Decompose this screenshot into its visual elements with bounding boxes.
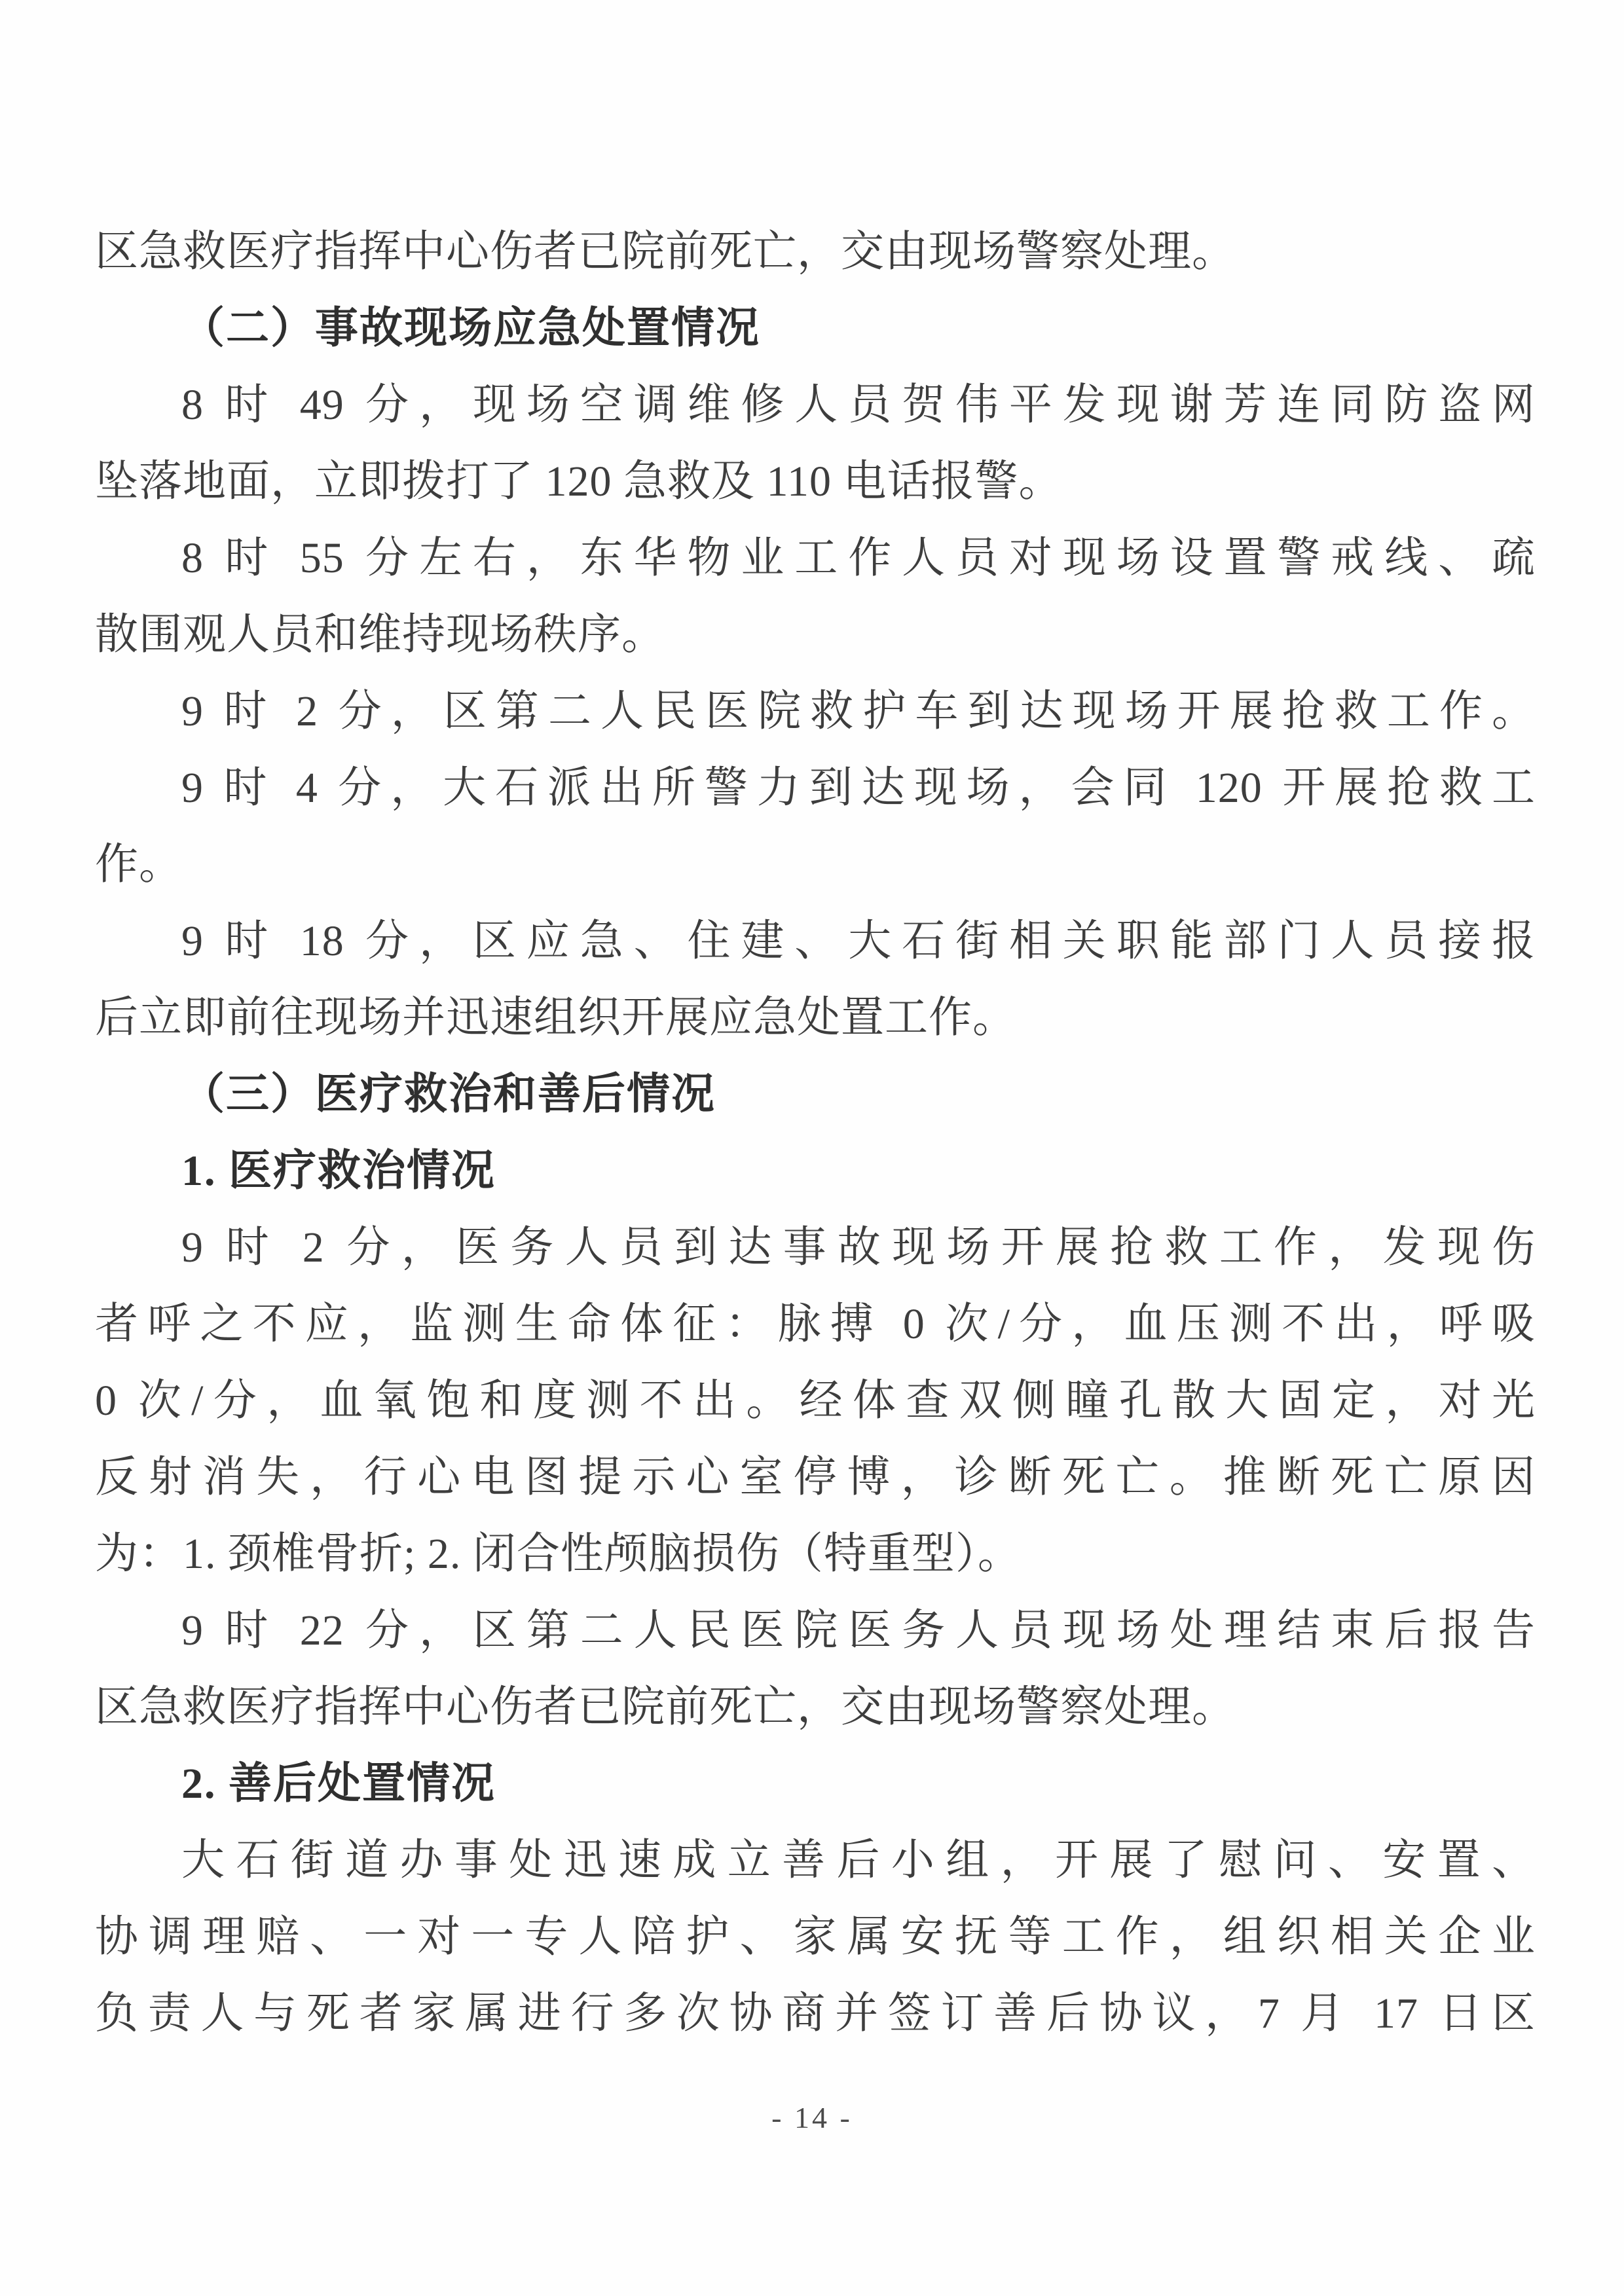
text-line: 9 时 2 分，医务人员到达事故现场开展抢救工作，发现伤 [95,1209,1536,1286]
text-line: 后立即前往现场并迅速组织开展应急处置工作。 [95,979,1536,1056]
text-line: 9 时 22 分，区第二人民医院医务人员现场处理结束后报告 [95,1592,1536,1669]
text-line: 9 时 18 分，区应急、住建、大石街相关职能部门人员接报 [95,903,1536,979]
text-line: 反射消失，行心电图提示心室停博，诊断死亡。推断死亡原因 [95,1439,1536,1516]
text-line: 0 次/分，血氧饱和度测不出。经体查双侧瞳孔散大固定，对光 [95,1362,1536,1439]
document-page: 区急救医疗指挥中心伤者已院前死亡，交由现场警察处理。 （二）事故现场应急处置情况… [0,0,1624,2296]
text-line: 区急救医疗指挥中心伤者已院前死亡，交由现场警察处理。 [95,1669,1536,1745]
section-heading-2: （二）事故现场应急处置情况 [95,290,1536,367]
subsection-heading-2: 2. 善后处置情况 [95,1745,1536,1822]
text-line: 9 时 2 分，区第二人民医院救护车到达现场开展抢救工作。 [95,673,1536,750]
text-line: 协调理赔、一对一专人陪护、家属安抚等工作，组织相关企业 [95,1899,1536,1975]
section-heading-3: （三）医疗救治和善后情况 [95,1056,1536,1133]
page-text-block: 区急救医疗指挥中心伤者已院前死亡，交由现场警察处理。 （二）事故现场应急处置情况… [95,213,1536,2052]
text-line: 区急救医疗指挥中心伤者已院前死亡，交由现场警察处理。 [95,213,1536,290]
text-line: 坠落地面，立即拨打了 120 急救及 110 电话报警。 [95,443,1536,520]
subsection-heading-1: 1. 医疗救治情况 [95,1133,1536,1209]
text-line: 8 时 55 分左右，东华物业工作人员对现场设置警戒线、疏 [95,520,1536,596]
page-number: - 14 - [0,2100,1624,2135]
text-line: 作。 [95,826,1536,903]
text-line: 散围观人员和维持现场秩序。 [95,596,1536,673]
text-line: 9 时 4 分，大石派出所警力到达现场，会同 120 开展抢救工 [95,750,1536,826]
text-line: 8 时 49 分，现场空调维修人员贺伟平发现谢芳连同防盗网 [95,367,1536,443]
text-line: 大石街道办事处迅速成立善后小组，开展了慰问、安置、 [95,1822,1536,1899]
text-line: 负责人与死者家属进行多次协商并签订善后协议，7 月 17 日区 [95,1975,1536,2052]
text-line: 为：1. 颈椎骨折; 2. 闭合性颅脑损伤（特重型）。 [95,1516,1536,1592]
text-line: 者呼之不应，监测生命体征：脉搏 0 次/分，血压测不出，呼吸 [95,1286,1536,1362]
